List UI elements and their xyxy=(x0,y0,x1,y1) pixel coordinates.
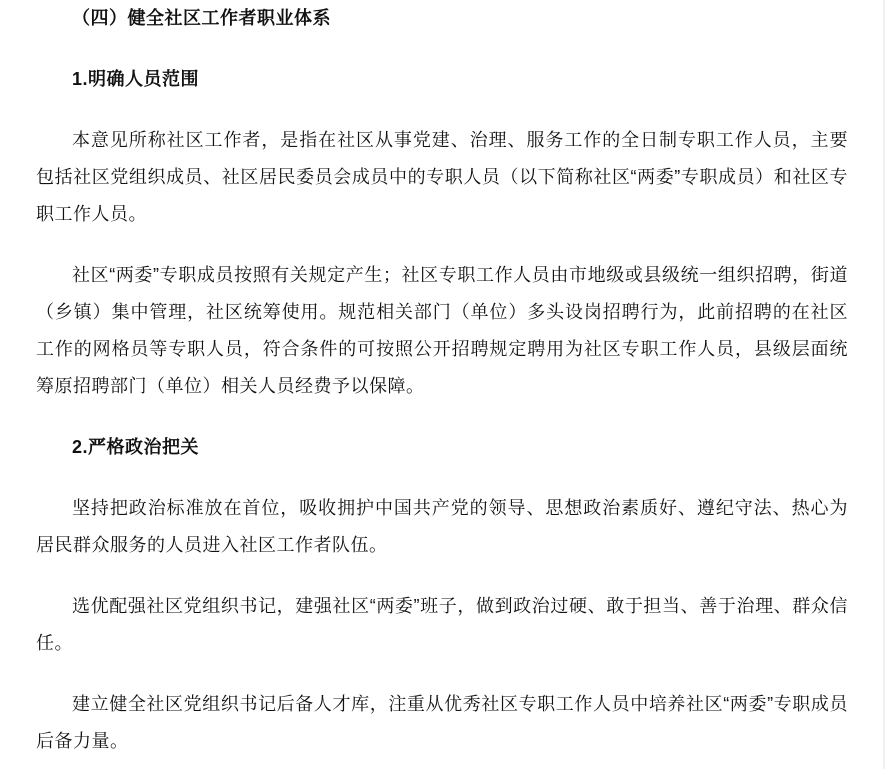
paragraph-party-secretary: 选优配强社区党组织书记，建强社区“两委”班子，做到政治过硬、敢于担当、善于治理、… xyxy=(36,588,848,662)
paragraph-political-standards: 坚持把政治标准放在首位，吸收拥护中国共产党的领导、思想政治素质好、遵纪守法、热心… xyxy=(36,490,848,564)
section-heading: （四）健全社区工作者职业体系 xyxy=(36,0,848,37)
subsection-heading-2: 2.严格政治把关 xyxy=(36,429,848,466)
paragraph-recruitment-management: 社区“两委”专职成员按照有关规定产生；社区专职工作人员由市地级或县级统一组织招聘… xyxy=(36,257,848,405)
paragraph-scope-definition: 本意见所称社区工作者，是指在社区从事党建、治理、服务工作的全日制专职工作人员，主… xyxy=(36,122,848,233)
document-page: （四）健全社区工作者职业体系 1.明确人员范围 本意见所称社区工作者，是指在社区… xyxy=(0,0,885,769)
subsection-heading-1: 1.明确人员范围 xyxy=(36,61,848,98)
paragraph-reserve-talent: 建立健全社区党组织书记后备人才库，注重从优秀社区专职工作人员中培养社区“两委”专… xyxy=(36,686,848,760)
